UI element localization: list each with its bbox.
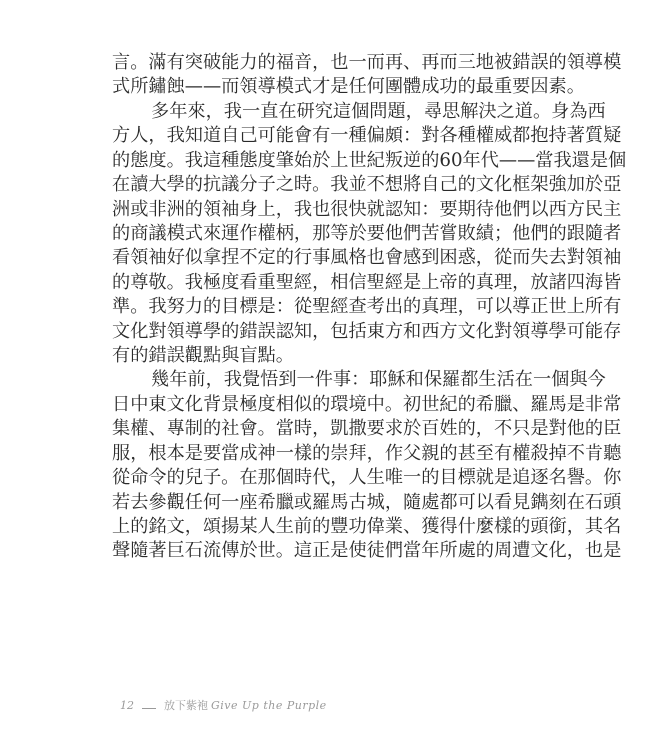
book-title-zh: 放下紫袍 [164, 699, 208, 712]
text-line: 多年來，我一直在研究這個問題，尋思解決之道。身為西 [112, 100, 522, 124]
text-line: 服，根本是要當成神一樣的崇拜，作父親的甚至有權殺掉不肯聽 [112, 442, 522, 466]
text-line: 洲或非洲的領袖身上，我也很快就認知：要期待他們以西方民主 [112, 198, 522, 222]
page-footer: 12放下紫袍Give Up the Purple [120, 697, 327, 713]
text-line: 有的錯誤觀點與盲點。 [112, 344, 522, 368]
text-line: 日中東文化背景極度相似的環境中。初世紀的希臘、羅馬是非常 [112, 393, 522, 417]
text-line: 看領袖好似拿捏不定的行事風格也會感到困惑，從而失去對領袖 [112, 246, 522, 270]
text-line: 式所鏽蝕——而領導模式才是任何團體成功的最重要因素。 [112, 75, 522, 99]
text-line: 文化對領導學的錯誤認知，包括東方和西方文化對領導學可能存 [112, 320, 522, 344]
text-line: 準。我努力的目標是：從聖經查考出的真理，可以導正世上所有 [112, 295, 522, 319]
book-title-en: Give Up the Purple [211, 699, 327, 712]
text-line: 若去參觀任何一座希臘或羅馬古城，隨處都可以看見鐫刻在石頭 [112, 491, 522, 515]
text-line: 言。滿有突破能力的福音，也一而再、再而三地被錯誤的領導模 [112, 51, 522, 75]
book-page: 言。滿有突破能力的福音，也一而再、再而三地被錯誤的領導模 式所鏽蝕——而領導模式… [0, 0, 650, 750]
footer-rule [142, 708, 156, 709]
text-line: 幾年前，我覺悟到一件事：耶穌和保羅都生活在一個與今 [112, 368, 522, 392]
page-number: 12 [120, 699, 134, 712]
text-line: 的態度。我這種態度肇始於上世紀叛逆的60年代——當我還是個 [112, 149, 522, 173]
text-line: 的尊敬。我極度看重聖經，相信聖經是上帝的真理，放諸四海皆 [112, 271, 522, 295]
text-line: 聲隨著巨石流傳於世。這正是使徒們當年所處的周遭文化，也是 [112, 539, 522, 563]
text-line: 的商議模式來運作權柄，那等於要他們苦嘗敗績；他們的跟隨者 [112, 222, 522, 246]
text-line: 在讀大學的抗議分子之時。我並不想將自己的文化框架強加於亞 [112, 173, 522, 197]
body-text: 言。滿有突破能力的福音，也一而再、再而三地被錯誤的領導模 式所鏽蝕——而領導模式… [112, 51, 522, 564]
text-line: 從命令的兒子。在那個時代，人生唯一的目標就是追逐名譽。你 [112, 466, 522, 490]
text-line: 上的銘文，頌揚某人生前的豐功偉業、獲得什麼樣的頭銜，其名 [112, 515, 522, 539]
text-line: 集權、專制的社會。當時，凱撒要求於百姓的，不只是對他的臣 [112, 417, 522, 441]
text-line: 方人，我知道自己可能會有一種偏頗：對各種權威都抱持著質疑 [112, 124, 522, 148]
